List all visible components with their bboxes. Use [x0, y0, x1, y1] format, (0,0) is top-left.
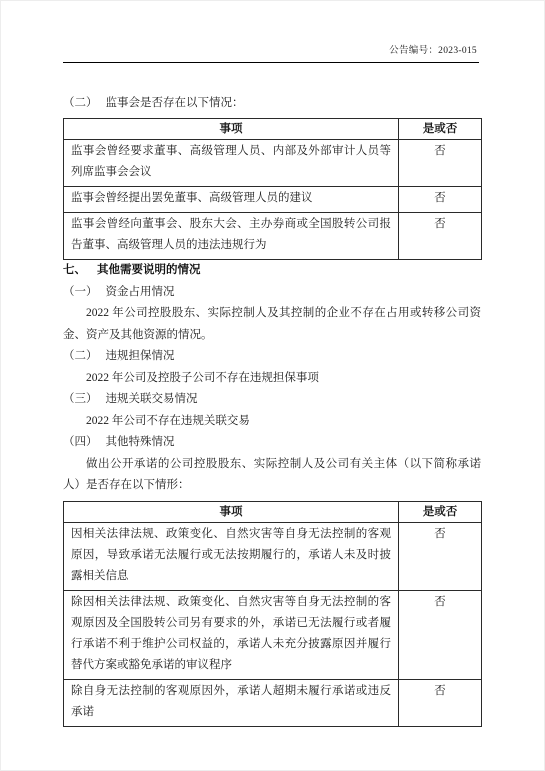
item-cell: 除自身无法控制的客观原因外，承诺人超期未履行承诺或违反承诺	[64, 679, 399, 726]
paragraph-fund-occupation: 2022 年公司控股股东、实际控制人及其控制的企业不存在占用或转移公司资金、资产…	[63, 303, 481, 346]
supervisory-section-heading-text: 监事会是否存在以下情况：	[106, 97, 244, 109]
column-header-item: 事项	[64, 119, 399, 140]
commitment-table: 事项 是或否 因相关法律法规、政策变化、自然灾害等自身无法控制的客观原因，导致承…	[63, 501, 482, 727]
answer-cell: 否	[399, 679, 482, 726]
subsection-label: （三）	[63, 393, 98, 405]
subsection-title: 其他特殊情况	[106, 436, 175, 448]
table-row: 除自身无法控制的客观原因外，承诺人超期未履行承诺或违反承诺 否	[64, 679, 482, 726]
subsection-heading-fund-occupation: （一）资金占用情况	[63, 282, 481, 304]
answer-cell: 否	[399, 140, 482, 187]
section-seven: 七、其他需要说明的情况 （一）资金占用情况 2022 年公司控股股东、实际控制人…	[63, 260, 481, 727]
answer-cell: 否	[399, 590, 482, 679]
paragraph-guarantee-violation: 2022 年公司及控股子公司不存在违规担保事项	[63, 368, 481, 390]
subsection-title: 违规关联交易情况	[106, 393, 198, 405]
item-cell: 监事会曾经要求董事、高级管理人员、内部及外部审计人员等列席监事会会议	[64, 140, 399, 187]
supervisory-section-heading: （二）监事会是否存在以下情况：	[63, 95, 481, 111]
item-cell: 因相关法律法规、政策变化、自然灾害等自身无法控制的客观原因，导致承诺无法履行或无…	[64, 522, 399, 590]
item-cell: 除因相关法律法规、政策变化、自然灾害等自身无法控制的客观原因及全国股转公司另有要…	[64, 590, 399, 679]
column-header-yes-or-no: 是或否	[399, 119, 482, 140]
subsection-label: （二）	[63, 350, 98, 362]
paragraph-other-special: 做出公开承诺的公司控股股东、实际控制人及公司有关主体（以下简称承诺人）是否存在以…	[63, 454, 481, 497]
document-page: 公告编号：2023-015 （二）监事会是否存在以下情况： 事项 是或否 监事会…	[0, 0, 545, 771]
document-content: （二）监事会是否存在以下情况： 事项 是或否 监事会曾经要求董事、高级管理人员、…	[63, 95, 481, 727]
column-header-item: 事项	[64, 501, 399, 522]
paragraph-related-transactions: 2022 年公司不存在违规关联交易	[63, 411, 481, 433]
table-header-row: 事项 是或否	[64, 501, 482, 522]
subsection-heading-other-special: （四）其他特殊情况	[63, 432, 481, 454]
subsection-heading-guarantee-violation: （二）违规担保情况	[63, 346, 481, 368]
item-cell: 监事会曾经提出罢免董事、高级管理人员的建议	[64, 187, 399, 213]
commitment-table-wrap: 事项 是或否 因相关法律法规、政策变化、自然灾害等自身无法控制的客观原因，导致承…	[63, 501, 481, 727]
answer-cell: 否	[399, 522, 482, 590]
supervisory-board-table: 事项 是或否 监事会曾经要求董事、高级管理人员、内部及外部审计人员等列席监事会会…	[63, 118, 482, 260]
subsection-label: （一）	[63, 286, 98, 298]
answer-cell: 否	[399, 187, 482, 213]
table-row: 监事会曾经向董事会、股东大会、主办券商或全国股转公司报告董事、高级管理人员的违法…	[64, 213, 482, 260]
section-seven-heading: 七、其他需要说明的情况	[63, 260, 481, 282]
table-row: 监事会曾经要求董事、高级管理人员、内部及外部审计人员等列席监事会会议 否	[64, 140, 482, 187]
table-row: 除因相关法律法规、政策变化、自然灾害等自身无法控制的客观原因及全国股转公司另有要…	[64, 590, 482, 679]
announcement-number: 公告编号：2023-015	[1, 1, 544, 56]
subsection-title: 违规担保情况	[106, 350, 175, 362]
subsection-label: （四）	[63, 436, 98, 448]
column-header-yes-or-no: 是或否	[399, 501, 482, 522]
item-cell: 监事会曾经向董事会、股东大会、主办券商或全国股转公司报告董事、高级管理人员的违法…	[64, 213, 399, 260]
subsection-title: 资金占用情况	[106, 286, 175, 298]
table-row: 监事会曾经提出罢免董事、高级管理人员的建议 否	[64, 187, 482, 213]
section-seven-number: 七、	[63, 264, 86, 276]
table-row: 因相关法律法规、政策变化、自然灾害等自身无法控制的客观原因，导致承诺无法履行或无…	[64, 522, 482, 590]
subsection-heading-related-transactions: （三）违规关联交易情况	[63, 389, 481, 411]
table-header-row: 事项 是或否	[64, 119, 482, 140]
section-seven-title: 其他需要说明的情况	[97, 264, 201, 276]
answer-cell: 否	[399, 213, 482, 260]
supervisory-section-label: （二）	[63, 97, 98, 109]
header-rule	[63, 62, 479, 63]
